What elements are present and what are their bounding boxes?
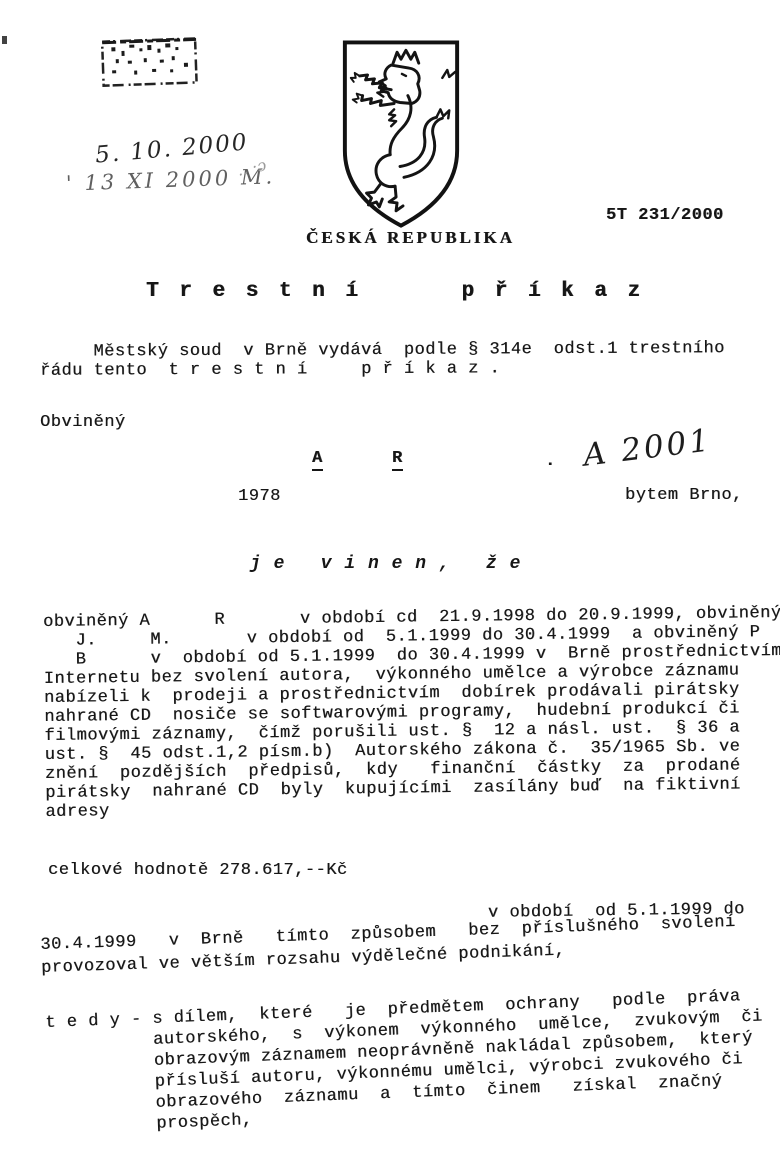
- czech-coat-of-arms-icon: [337, 36, 465, 239]
- scanned-court-document: 5. 10. 2000 ' 13 XI 2000 M. .. ·ɔ: [0, 0, 780, 1170]
- accused-initial-r: R: [392, 449, 403, 471]
- filing-stamp-icon: [99, 34, 203, 99]
- handwritten-date-primary: 5. 10. 2000: [94, 129, 249, 168]
- verdict-heading: j e v i n e n , ž e: [250, 554, 521, 574]
- intro-paragraph: Městský soud v Brně vydává podle § 314e …: [40, 339, 725, 381]
- scan-speck: [2, 36, 7, 44]
- accused-initial-a: A: [312, 449, 323, 471]
- country-label: ČESKÁ REPUBLIKA: [306, 228, 515, 248]
- intro-line: řádu tento t r e s t n í p ř í k a z .: [40, 358, 725, 381]
- period-paragraph: 30.4.1999 v Brně tímto způsobem bez přís…: [40, 911, 737, 980]
- conclusion-paragraph: t e d y - s dílem, které je předmětem oc…: [45, 985, 766, 1138]
- handwritten-case-note: A 2001: [581, 422, 714, 473]
- charge-paragraph: obviněný A R v období cd 21.9.1998 do 20…: [43, 604, 780, 822]
- residence: bytem Brno,: [625, 486, 743, 505]
- birth-year: 1978: [238, 487, 281, 506]
- intro-line: Městský soud v Brně vydává podle § 314e …: [40, 339, 725, 362]
- case-number: 5T 231/2000: [606, 206, 724, 225]
- document-title: T r e s t n í p ř í k a z: [146, 280, 644, 303]
- accused-label: Obviněný: [40, 413, 126, 432]
- accused-redaction-dot: .: [545, 452, 556, 471]
- total-value-line: celkové hodnotě 278.617,--Kč: [48, 861, 348, 880]
